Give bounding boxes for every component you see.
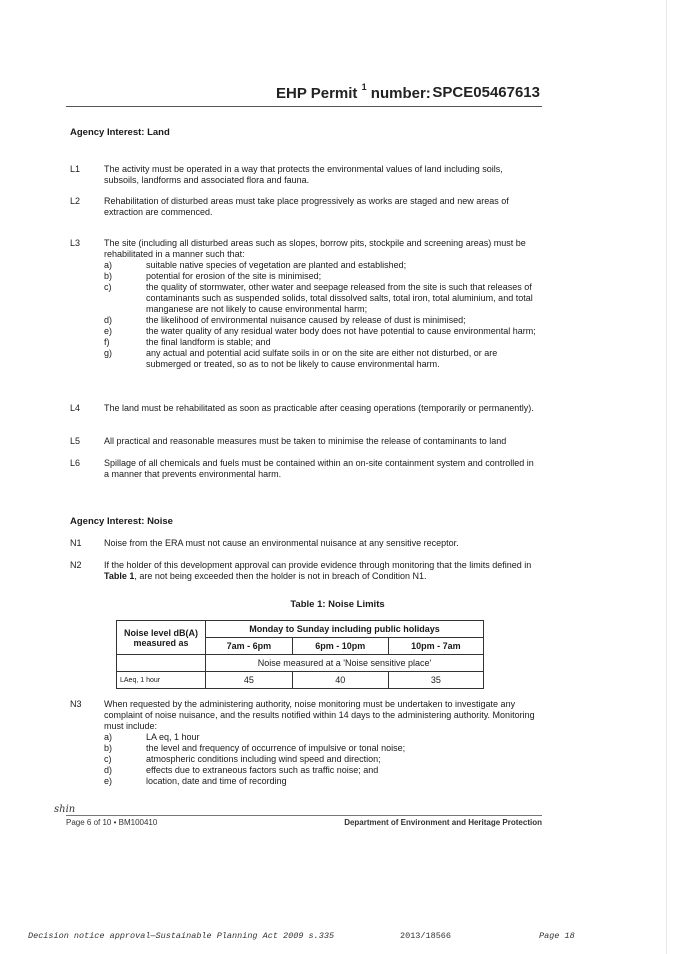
page-edge [666, 0, 667, 954]
condition-l2: L2Rehabilitation of disturbed areas must… [70, 196, 540, 218]
condition-l5: L5All practical and reasonable measures … [70, 436, 540, 447]
period-header: 10pm - 7am [388, 638, 483, 655]
heading-land: Agency Interest: Land [70, 127, 170, 138]
condition-n1: N1Noise from the ERA must not cause an e… [70, 538, 540, 549]
page-number: Page 18 [539, 931, 575, 941]
footer-department: Department of Environment and Heritage P… [344, 818, 542, 827]
l3-item-c: c)the quality of stormwater, other water… [146, 282, 540, 315]
footer-page-info: Page 6 of 10 • BM100410 [66, 818, 157, 827]
blank-cell [117, 655, 206, 672]
group-header-cell: Monday to Sunday including public holida… [206, 621, 484, 638]
n3-item-a: a)LA eq, 1 hour [146, 732, 540, 743]
l3-item-g: g)any actual and potential acid sulfate … [146, 348, 540, 370]
note-cell: Noise measured at a 'Noise sensitive pla… [206, 655, 484, 672]
condition-n2: N2If the holder of this development appr… [70, 560, 540, 582]
period-header: 7am - 6pm [206, 638, 293, 655]
value-cell: 40 [292, 672, 388, 689]
noise-limits-table: Noise level dB(A) measured as Monday to … [116, 620, 484, 689]
table-caption: Table 1: Noise Limits [0, 599, 675, 610]
permit-header: EHP Permit 1 number: SPCE05467613 [66, 84, 542, 107]
n3-item-e: e)location, date and time of recording [146, 776, 540, 787]
l3-item-d: d)the likelihood of environmental nuisan… [146, 315, 540, 326]
value-cell: 45 [206, 672, 293, 689]
n3-item-c: c)atmospheric conditions including wind … [146, 754, 540, 765]
decision-notice-label: Decision notice approval—Sustainable Pla… [28, 931, 334, 941]
condition-l6: L6Spillage of all chemicals and fuels mu… [70, 458, 540, 480]
metric-cell: LAeq, 1 hour [117, 672, 206, 689]
condition-l3: L3The site (including all disturbed area… [70, 238, 540, 370]
n3-item-d: d)effects due to extraneous factors such… [146, 765, 540, 776]
condition-n3: N3When requested by the administering au… [70, 699, 540, 787]
footer-rule [66, 815, 542, 816]
value-cell: 35 [388, 672, 483, 689]
l3-item-f: f)the final landform is stable; and [146, 337, 540, 348]
l3-item-b: b)potential for erosion of the site is m… [146, 271, 540, 282]
heading-noise: Agency Interest: Noise [70, 516, 173, 527]
permit-label: EHP Permit 1 number: [276, 84, 431, 102]
handwritten-initials: shin [54, 804, 75, 815]
period-header: 6pm - 10pm [292, 638, 388, 655]
n3-item-b: b)the level and frequency of occurrence … [146, 743, 540, 754]
permit-number: SPCE05467613 [432, 84, 540, 101]
l3-item-e: e)the water quality of any residual wate… [146, 326, 540, 337]
row-header-cell: Noise level dB(A) measured as [117, 621, 206, 655]
condition-l4: L4The land must be rehabilitated as soon… [70, 403, 540, 414]
document-page: EHP Permit 1 number: SPCE05467613 Agency… [0, 0, 675, 954]
condition-l1: L1The activity must be operated in a way… [70, 164, 540, 186]
reference-number: 2013/18566 [400, 931, 451, 941]
l3-item-a: a)suitable native species of vegetation … [146, 260, 540, 271]
